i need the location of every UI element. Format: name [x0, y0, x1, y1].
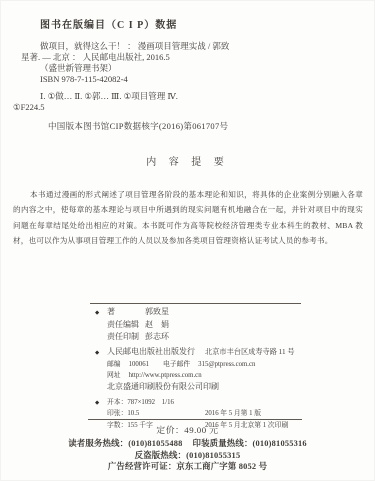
divider-bottom	[88, 419, 302, 420]
author-label: 著	[107, 306, 145, 317]
sheets-label: 印张：	[107, 410, 127, 417]
editor-label: 责任编辑	[107, 319, 145, 330]
price: 定价：49.00 元	[0, 423, 375, 436]
printing-company: 北京盛通印刷股份有限公司印刷	[107, 381, 219, 392]
website-value: http://www.ptpress.com.cn	[129, 372, 202, 379]
postcode-email-row: 邮编 100061 电子邮件 315@ptpress.com.cn	[95, 358, 325, 369]
diamond-bullet-icon: ◆	[95, 400, 107, 406]
print-editor-row: 责任印制 彭志环	[95, 331, 325, 344]
print-editor-label: 责任印制	[107, 331, 145, 342]
print-editor-name: 彭志环	[145, 331, 169, 342]
summary-body: 本书通过漫画的形式阐述了项目管理各阶段的基本理论和知识，将具体的企业案例分别融入…	[13, 187, 363, 249]
service-hotline: 读者服务热线：(010)81055488	[68, 439, 182, 448]
edition-value: 2016 年 5 月第 1 版	[205, 407, 261, 417]
classification-line1: Ⅰ. ①做… Ⅱ. ①郭… Ⅲ. ①项目管理 Ⅳ.	[13, 91, 273, 102]
printing-company-row: 北京盛通印刷股份有限公司印刷	[95, 381, 325, 394]
cip-record: 做项目，就得这么干！ ： 漫画项目管理实战 / 郭致 星著. — 北京 ： 人民…	[21, 41, 261, 85]
format-value: 787×1092 1/16	[127, 396, 174, 406]
cip-classification: Ⅰ. ①做… Ⅱ. ①郭… Ⅲ. ①项目管理 Ⅳ. ①F224.5	[13, 91, 273, 113]
author-name: 郭致星	[145, 306, 169, 317]
copyright-page: 图书在版编目（C I P）数据 做项目，就得这么干！ ： 漫画项目管理实战 / …	[0, 0, 375, 481]
email-label: 电子邮件	[163, 358, 190, 368]
sheets-edition-row: 印张：10.5 2016 年 5 月第 1 版	[95, 407, 325, 418]
publisher-address: 北京市丰台区成寿寺路 11 号	[205, 347, 295, 357]
cip-record-line2: 星著. — 北京 ： 人民邮电出版社, 2016.5	[21, 52, 261, 63]
classification-line2: ①F224.5	[13, 102, 273, 113]
cip-isbn: ISBN 978-7-115-42082-4	[21, 74, 261, 85]
publisher-name: 人民邮电出版社出版发行	[107, 346, 205, 357]
postcode-value: 100061	[129, 361, 149, 368]
colophon-block: ◆ 著 郭致星 责任编辑 赵 娟 责任印制 彭志环 ◆ 人民邮电出版社出版发行 …	[95, 306, 325, 430]
hotline-service-quality: 读者服务热线：(010)81055488印装质量热线：(010)81055316	[0, 438, 375, 450]
email-value: 315@ptpress.com.cn	[198, 361, 255, 368]
antipiracy-hotline: 反盗版热线：(010)81055315	[0, 450, 375, 462]
format-row: ◆ 开本： 787×1092 1/16	[95, 396, 325, 407]
cip-header: 图书在版编目（C I P）数据	[40, 16, 177, 31]
cip-series: （盛世新管理书架）	[21, 63, 261, 74]
hotlines-block: 读者服务热线：(010)81055488印装质量热线：(010)81055316…	[0, 438, 375, 473]
quality-hotline: 印装质量热线：(010)81055316	[193, 439, 307, 448]
diamond-bullet-icon: ◆	[95, 350, 107, 356]
website-label: 网址	[107, 369, 121, 379]
editor-name: 赵 娟	[145, 319, 169, 330]
cip-registry-number: 中国版本图书馆CIP数据核字(2016)第061707号	[48, 120, 228, 132]
divider-top	[90, 303, 301, 304]
editor-row: 责任编辑 赵 娟	[95, 319, 325, 332]
sheets-value: 10.5	[127, 410, 139, 417]
diamond-bullet-icon: ◆	[95, 310, 107, 316]
format-label: 开本：	[107, 396, 127, 406]
postcode-label: 邮编	[107, 358, 121, 368]
ad-license: 广告经营许可证：京东工商广字第 8052 号	[0, 461, 375, 473]
cip-record-line1: 做项目，就得这么干！ ： 漫画项目管理实战 / 郭致	[21, 41, 261, 52]
website-row: 网址 http://www.ptpress.com.cn	[95, 369, 325, 380]
author-row: ◆ 著 郭致星	[95, 306, 325, 319]
publisher-row: ◆ 人民邮电出版社出版发行 北京市丰台区成寿寺路 11 号	[95, 346, 325, 359]
summary-title: 内 容 提 要	[0, 153, 375, 168]
